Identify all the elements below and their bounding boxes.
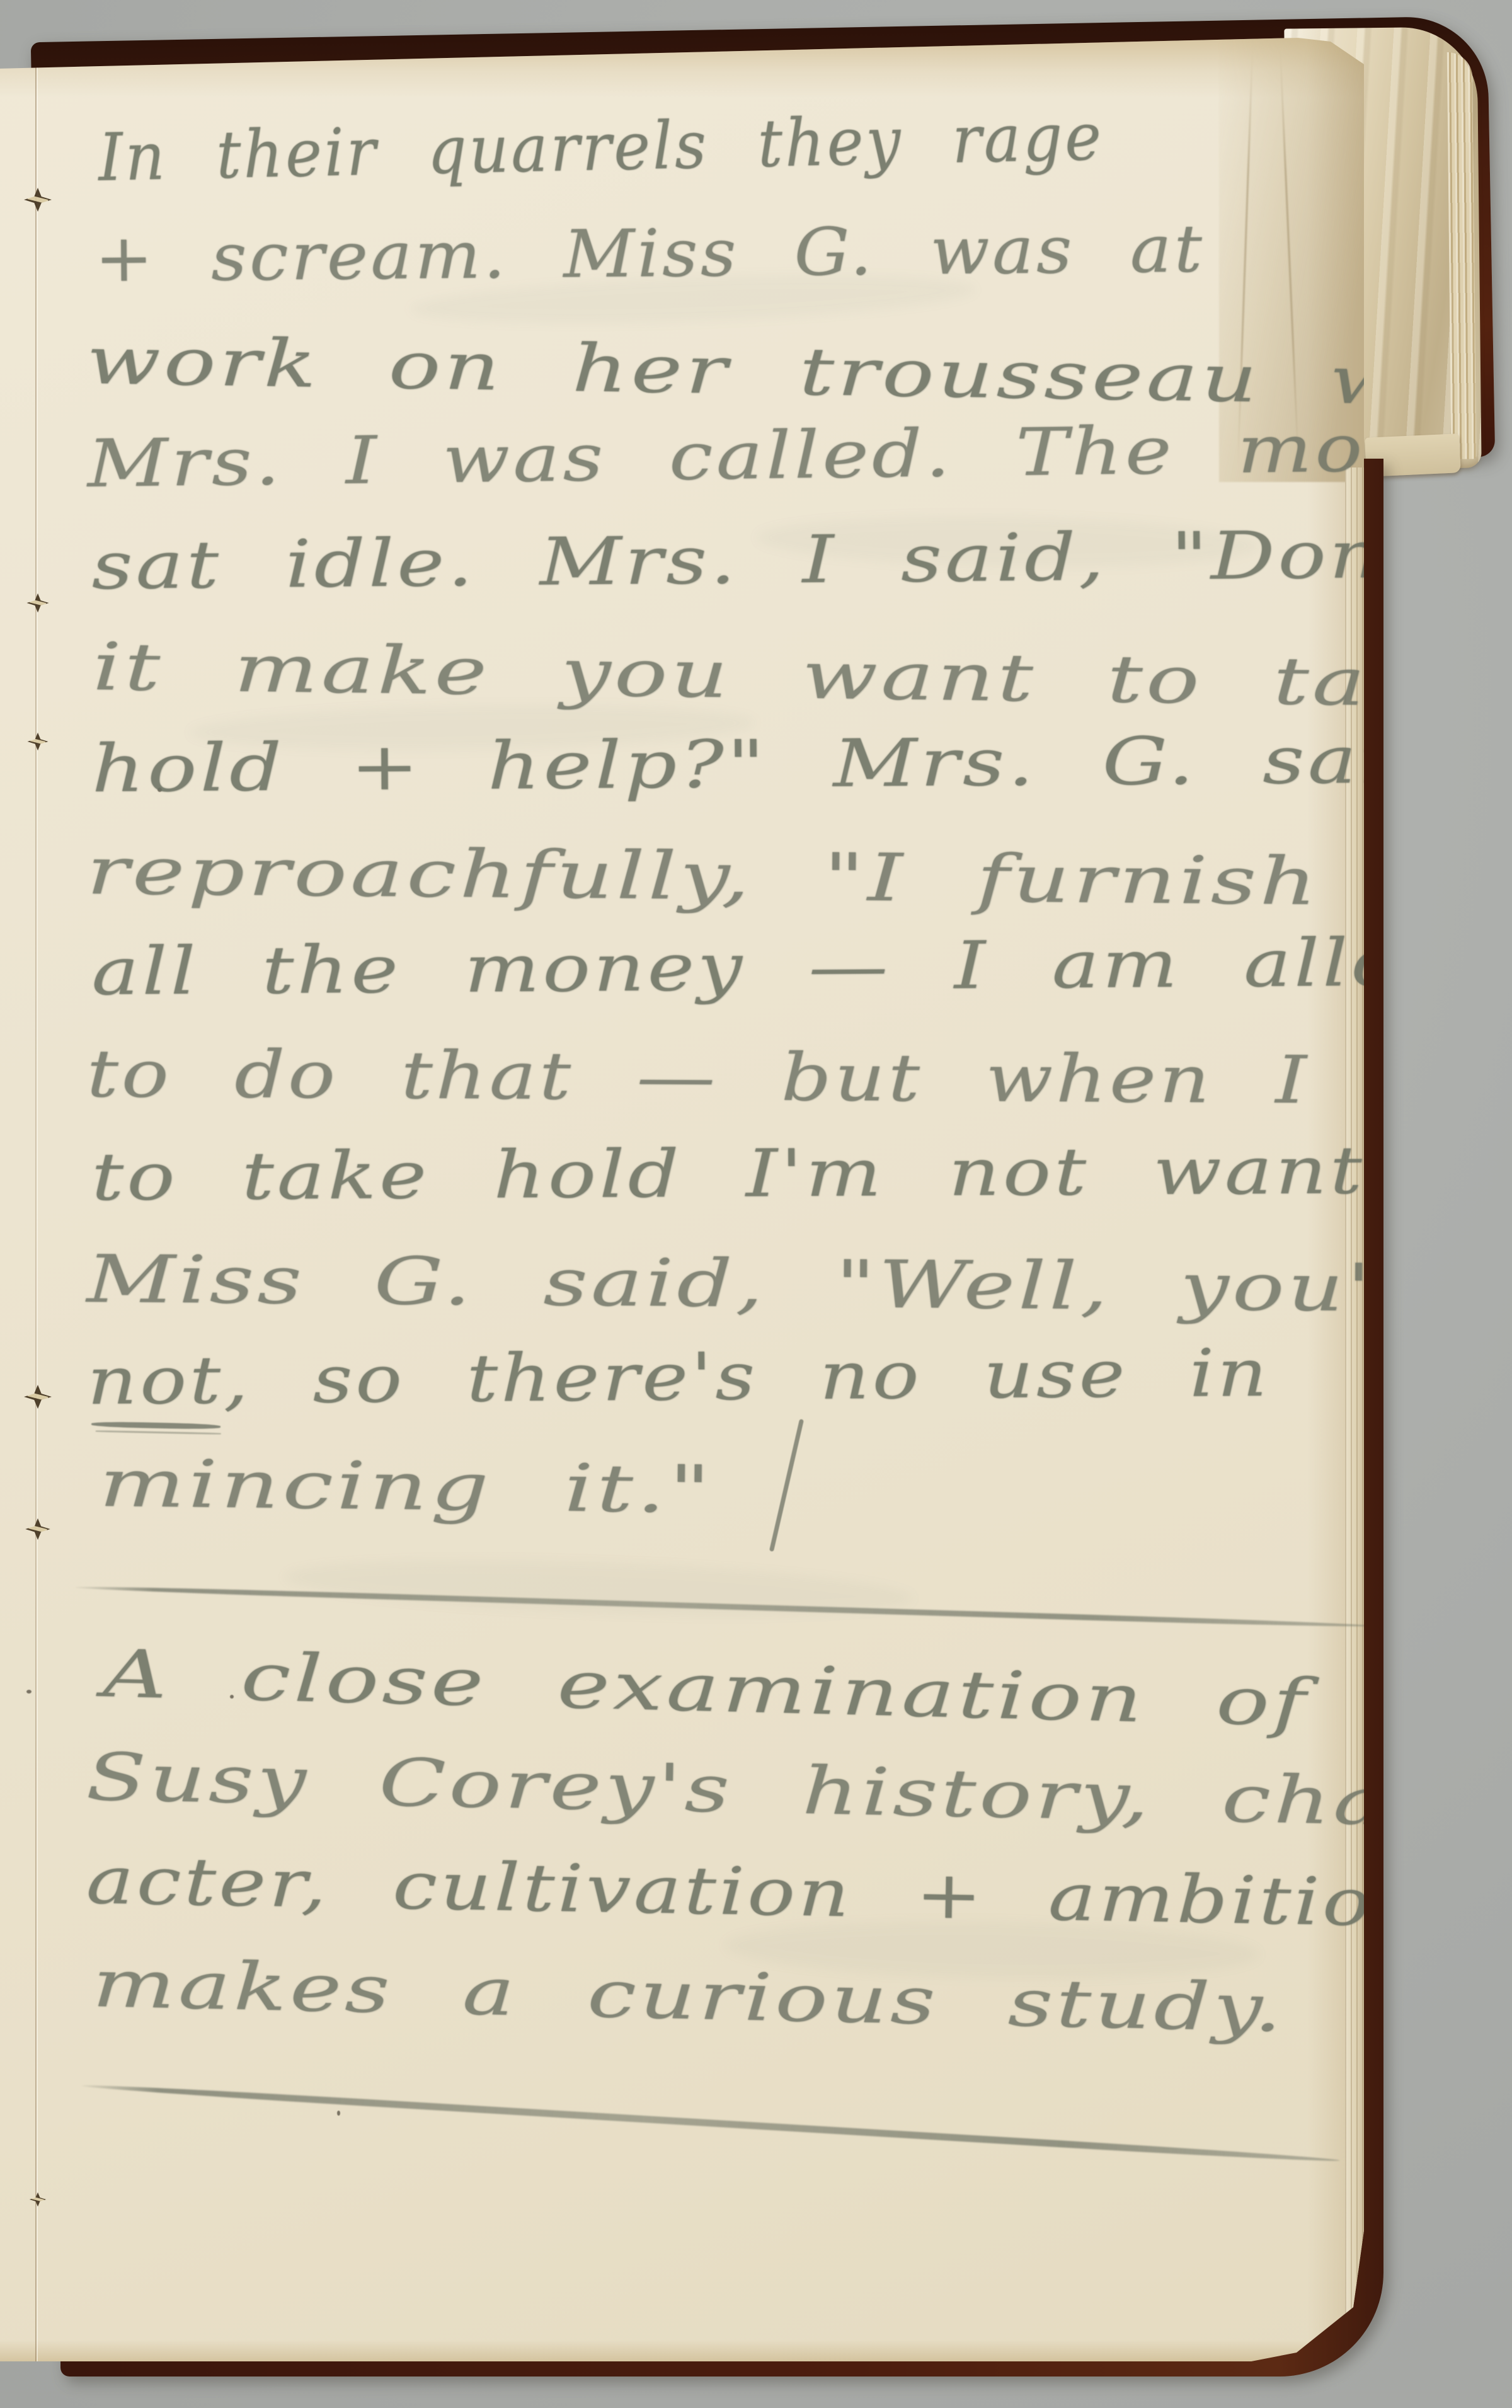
handwritten-line: A close examination of: [102, 1641, 1309, 1736]
page-stack-edges: [1447, 52, 1477, 459]
handwritten-line: hold + help?" Mrs. G. said: [91, 726, 1445, 801]
handwritten-text: In their quarrels they rage+ scream. Mis…: [0, 38, 1364, 2361]
handwritten-line: acter, cultivation + ambitions: [86, 1847, 1472, 1937]
handwritten-line: work on her trousseau when: [86, 328, 1512, 416]
handwritten-line: Susy Corey's history, char-: [86, 1744, 1467, 1836]
handwritten-line: not, so there's no use in: [87, 1340, 1270, 1414]
handwritten-line: + scream. Miss G. was at: [94, 216, 1205, 291]
photo-stage: In their quarrels they rage+ scream. Mis…: [0, 0, 1512, 2408]
handwritten-line: it make you want to take: [93, 634, 1482, 716]
notebook-page: In their quarrels they rage+ scream. Mis…: [0, 38, 1364, 2361]
handwritten-line: makes a curious study.: [92, 1951, 1286, 2041]
handwritten-line: Miss G. said, "Well, you're: [86, 1246, 1473, 1321]
handwritten-line: all the money — I am allowed: [91, 929, 1512, 1004]
handwritten-line: In their quarrels they rage: [98, 104, 1104, 190]
handwritten-line: reproachfully, "I furnish: [86, 838, 1320, 914]
handwritten-line: to do that — but when I want: [86, 1041, 1512, 1114]
handwritten-line: to take hold I'm not wanted.": [91, 1137, 1512, 1210]
handwritten-line: mincing it.": [99, 1450, 714, 1522]
handwritten-line: sat idle. Mrs. I said, "Don't: [91, 521, 1444, 599]
handwritten-line: Mrs. I was called. The mother: [87, 413, 1512, 496]
